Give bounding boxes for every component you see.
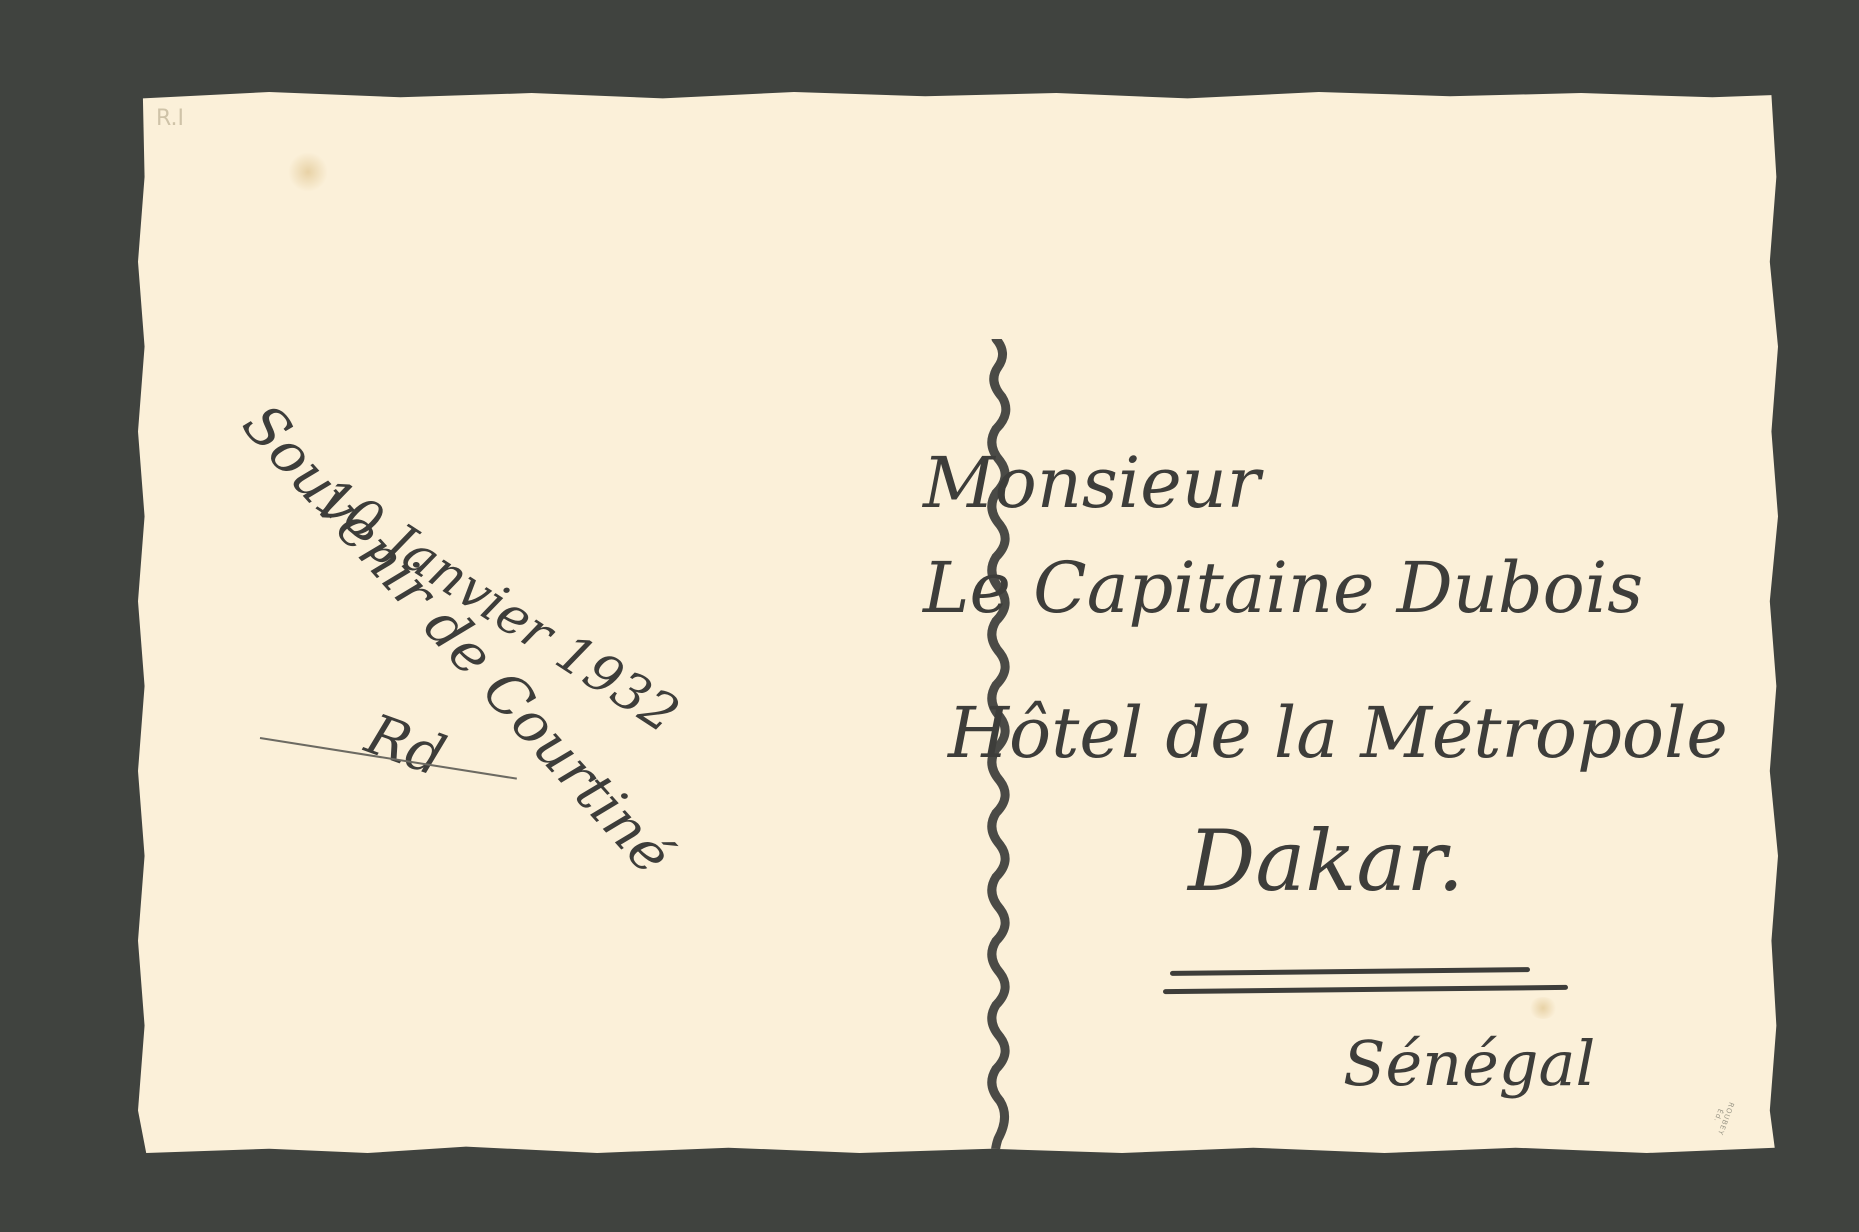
paper-stain xyxy=(288,152,328,192)
address-country: Sénégal xyxy=(1343,1027,1595,1100)
paper-stain xyxy=(1528,997,1558,1019)
message-line-souvenir: Souvenir de Courtiné xyxy=(230,392,685,887)
address-hotel: Hôtel de la Métropole xyxy=(948,692,1728,774)
signature: Rd xyxy=(358,702,454,790)
publisher-stamp: ROUBEY Éd. xyxy=(1705,1097,1739,1131)
city-underline-1 xyxy=(1170,967,1530,976)
address-city: Dakar. xyxy=(1188,812,1464,910)
address-salutation: Monsieur xyxy=(923,442,1260,524)
postcard: R.I Souvenir de Courtiné 10 Janvier 1932… xyxy=(138,92,1778,1153)
pencil-mark: R.I xyxy=(156,106,184,131)
publisher-stamp-text: ROUBEY Éd. xyxy=(1709,1098,1736,1135)
address-name: Le Capitaine Dubois xyxy=(923,547,1643,629)
city-underline-2 xyxy=(1163,985,1568,994)
